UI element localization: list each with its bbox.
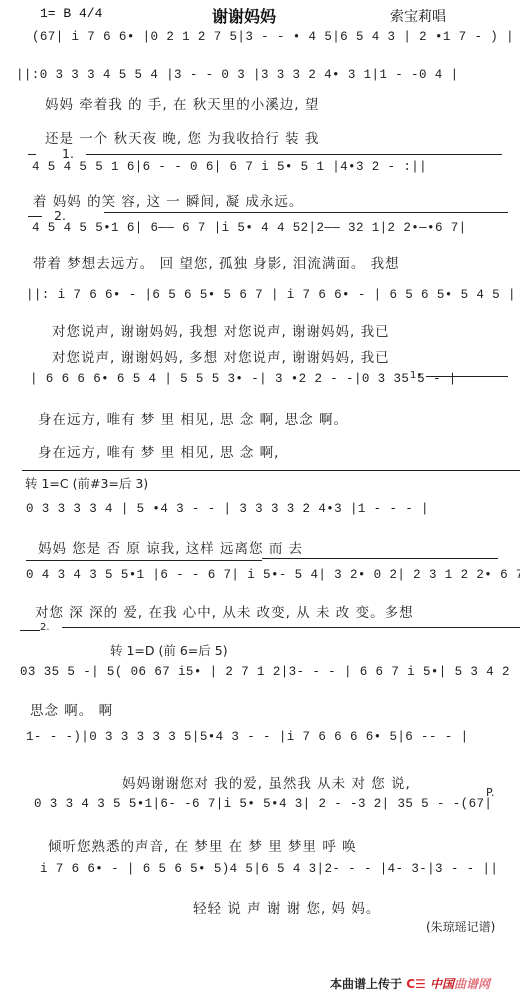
notation-line-3: 4 5 4 5 5 1 6|6 - - 0 6| 6 7 i 5• 5 1 |4… [32, 160, 427, 174]
site-name-zhongguo: 中国 [430, 977, 454, 991]
notation-line-7: 0 3 3 3 3 4 | 5 •4 3 - - | 3 3 3 3 2 4•3… [26, 502, 429, 516]
lyric-line-9: 妈妈 您是 否 原 谅我, 这样 远离您 而 去 [38, 537, 303, 557]
notation-line-10: 1- - -)|0 3 3 3 3 3 5|5•4 3 - - |i 7 6 6… [26, 730, 468, 744]
lyric-line-6: 对您说声, 谢谢妈妈, 多想 对您说声, 谢谢妈妈, 我已 [52, 346, 390, 366]
upload-text: 本曲谱上传于 [330, 977, 402, 991]
notation-line-9: 03 35 5 -| 5( 06 67 i5• | 2 7 1 2|3- - -… [20, 665, 520, 679]
notation-line-1: (67| i 7 6 6• |0 2 1 2 7 5|3 - - • 4 5|6… [32, 30, 514, 44]
notation-line-12: i 7 6 6• - | 6 5 6 5• 5)4 5|6 5 4 3|2- -… [40, 862, 498, 876]
site-name-qupu: 曲谱网 [454, 977, 490, 991]
singer-credit: 索宝莉唱 [390, 6, 446, 26]
lyric-line-4: 带着 梦想去远方。 回 望您, 孤独 身影, 泪流满面。 我想 [33, 252, 400, 272]
notation-line-8: 0 4 3 4 3 5 5•1 |6 - - 6 7| i 5•- 5 4| 3… [26, 568, 520, 582]
lyric-line-1: 妈妈 牵着我 的 手, 在 秋天里的小溪边, 望 [45, 93, 319, 113]
notation-line-2: ||:0 3 3 3 4 5 5 4 |3 - - 0 3 |3 3 3 2 4… [16, 68, 458, 82]
lyric-line-11: 思念 啊。 啊 [30, 699, 113, 719]
lyric-line-5: 对您说声, 谢谢妈妈, 我想 对您说声, 谢谢妈妈, 我已 [52, 320, 390, 340]
lyric-line-3: 着 妈妈 的笑 容, 这 一 瞬间, 凝 成永远。 [33, 190, 303, 210]
key-time-signature: 1= B 4/4 [40, 6, 102, 21]
lyric-line-12: 妈妈谢谢您对 我的爱, 虽然我 从未 对 您 说, [122, 772, 411, 792]
volta-2-bracket-start [28, 216, 42, 217]
key-change-c: 转 1=C (前#3=后 3) [25, 474, 148, 492]
lyric-line-2: 还是 一个 秋天夜 晚, 您 为我收拾行 装 我 [45, 127, 319, 147]
song-title: 谢谢妈妈 [212, 4, 276, 27]
notation-line-6: | 6 6 6 6• 6 5 4 | 5 5 5 3• -| 3 •2 2 - … [30, 372, 457, 386]
volta-2-line [104, 212, 508, 213]
volta-2b-label: 2. [40, 622, 50, 633]
lyric-line-13: 倾听您熟悉的声音, 在 梦里 在 梦 里 梦里 呼 唤 [48, 835, 357, 855]
notation-line-5: ||: i 7 6 6• - |6 5 6 5• 5 6 7 | i 7 6 6… [26, 288, 516, 302]
site-logo-icon: C☰ [406, 977, 426, 991]
volta-bracket-start [28, 154, 36, 155]
lyric-line-7: 身在远方, 唯有 梦 里 相见, 思 念 啊, 思念 啊。 [38, 408, 348, 428]
bracket-line [262, 558, 498, 559]
notation-line-11: 0 3 3 4 3 5 5•1|6- -6 7|i 5• 5•4 3| 2 - … [34, 797, 492, 811]
volta-2b-line [62, 627, 520, 628]
section-divider-c [22, 470, 520, 471]
lyric-line-8: 身在远方, 唯有 梦 里 相见, 思 念 啊, [38, 441, 279, 461]
upload-notice: 本曲谱上传于 C☰ 中国曲谱网 [330, 975, 490, 992]
volta-1-line [86, 154, 502, 155]
notation-line-4: 4 5 4 5 5•1 6| 6—— 6 7 |i 5• 4 4 52|2—— … [32, 221, 467, 235]
volta-1-label: 1. [62, 146, 74, 161]
transcriber-credit: (朱琼瑶记谱) [426, 918, 495, 935]
key-change-d: 转 1=D (前 6=后 5) [110, 641, 228, 659]
lyric-line-14: 轻轻 说 声 谢 谢 您, 妈 妈。 [193, 897, 380, 917]
lyric-line-10: 对您 深 深的 爱, 在我 心中, 从未 改变, 从 未 改 变。多想 [35, 601, 414, 621]
bracket-line-left [26, 560, 262, 561]
volta-2b-bracket-start [20, 630, 40, 631]
